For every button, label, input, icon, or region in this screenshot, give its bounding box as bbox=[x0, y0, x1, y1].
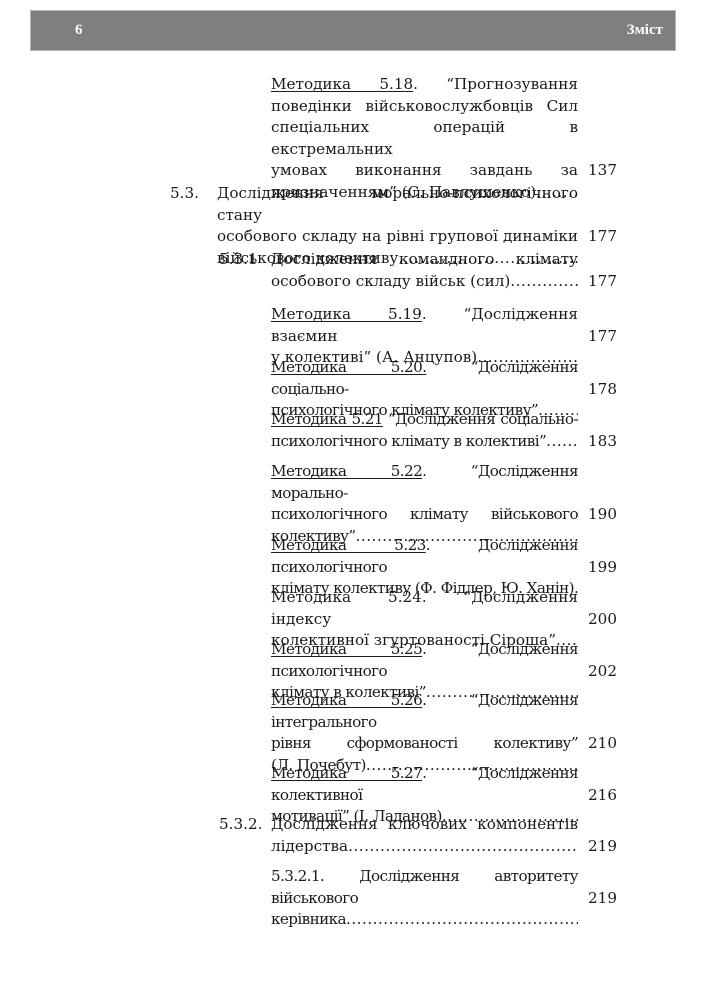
page-number-ref[interactable]: 210 bbox=[588, 733, 617, 755]
dot-leader bbox=[546, 431, 578, 453]
toc-entry[interactable]: Методика 5.18. “Прогнозуванняповедінки в… bbox=[271, 74, 617, 182]
toc-entry[interactable]: Методика 5.27. “Дослідження колективноїм… bbox=[271, 763, 617, 806]
page-number-ref[interactable]: 137 bbox=[588, 160, 617, 182]
page-number-ref[interactable]: 183 bbox=[588, 431, 617, 453]
toc-entry[interactable]: Методика 5.21 “Дослідження соціально-пси… bbox=[271, 409, 617, 452]
page-number-ref[interactable]: 190 bbox=[588, 504, 617, 526]
method-link[interactable]: Методика 5.18 bbox=[271, 75, 413, 93]
toc-entry[interactable]: Методика 5.26. “Дослідження інтегральног… bbox=[271, 690, 617, 755]
toc-entry[interactable]: Методика 5.22. “Дослідження морально-пси… bbox=[271, 461, 617, 526]
dot-leader bbox=[510, 271, 578, 293]
entry-title: Дослідження командного кліматуособового … bbox=[271, 249, 578, 292]
page-number-ref[interactable]: 177 bbox=[588, 226, 617, 248]
entry-title: 5.3.2.1. Дослідження авторитету військов… bbox=[271, 866, 578, 931]
method-link[interactable]: Методика 5.25 bbox=[271, 640, 422, 658]
page-number-ref[interactable]: 219 bbox=[588, 836, 617, 858]
toc-entry[interactable]: 5.3.2.1. Дослідження авторитету військов… bbox=[271, 866, 617, 909]
page-number-ref[interactable]: 177 bbox=[588, 271, 617, 293]
header-title: Зміст bbox=[627, 22, 663, 39]
page-number-ref[interactable]: 200 bbox=[588, 609, 617, 631]
page-number-ref[interactable]: 177 bbox=[588, 326, 617, 348]
toc-entry[interactable]: 5.3.1Дослідження командного кліматуособо… bbox=[219, 249, 617, 292]
dot-leader bbox=[346, 909, 578, 931]
section-number: 5.3.2.1. bbox=[271, 867, 324, 885]
toc-entry[interactable]: Методика 5.25. “Дослідження психологічно… bbox=[271, 639, 617, 682]
method-link[interactable]: Методика 5.21 bbox=[271, 410, 383, 428]
section-number: 5.3. bbox=[170, 183, 199, 205]
toc-entry[interactable]: 5.3.2.Дослідження ключових компонентівлі… bbox=[219, 814, 617, 857]
page-number: 6 bbox=[75, 22, 83, 39]
page-header: 6 Зміст bbox=[30, 10, 676, 51]
page-number-ref[interactable]: 219 bbox=[588, 888, 617, 910]
toc-entry[interactable]: Методика 5.23. Дослідження психологічног… bbox=[271, 535, 617, 578]
page-number-ref[interactable]: 178 bbox=[588, 379, 617, 401]
toc-entry[interactable]: Методика 5.19. “Дослідження взаємину кол… bbox=[271, 304, 617, 347]
entry-title: Методика 5.21 “Дослідження соціально-пси… bbox=[271, 409, 578, 452]
method-link[interactable]: Методика 5.23 bbox=[271, 536, 426, 554]
toc-entry[interactable]: Методика 5.20. “Дослідження соціально-пс… bbox=[271, 357, 617, 400]
dot-leader bbox=[348, 836, 578, 858]
method-link[interactable]: Методика 5.26 bbox=[271, 691, 422, 709]
method-link[interactable]: Методика 5.22 bbox=[271, 462, 422, 480]
section-number: 5.3.2. bbox=[219, 814, 262, 836]
section-number: 5.3.1 bbox=[219, 249, 258, 271]
page-number-ref[interactable]: 216 bbox=[588, 785, 617, 807]
method-link[interactable]: Методика 5.20. bbox=[271, 358, 426, 376]
method-link[interactable]: Методика 5.19 bbox=[271, 305, 422, 323]
method-link[interactable]: Методика 5.27 bbox=[271, 764, 422, 782]
toc-entry[interactable]: Методика 5.24. “Дослідження індексуколек… bbox=[271, 587, 617, 630]
page-number-ref[interactable]: 199 bbox=[588, 557, 617, 579]
toc-entry[interactable]: 5.3.Дослідження морально-психологічного … bbox=[170, 183, 617, 248]
page-number-ref[interactable]: 202 bbox=[588, 661, 617, 683]
entry-title: Дослідження ключових компонентівлідерств… bbox=[271, 814, 578, 857]
